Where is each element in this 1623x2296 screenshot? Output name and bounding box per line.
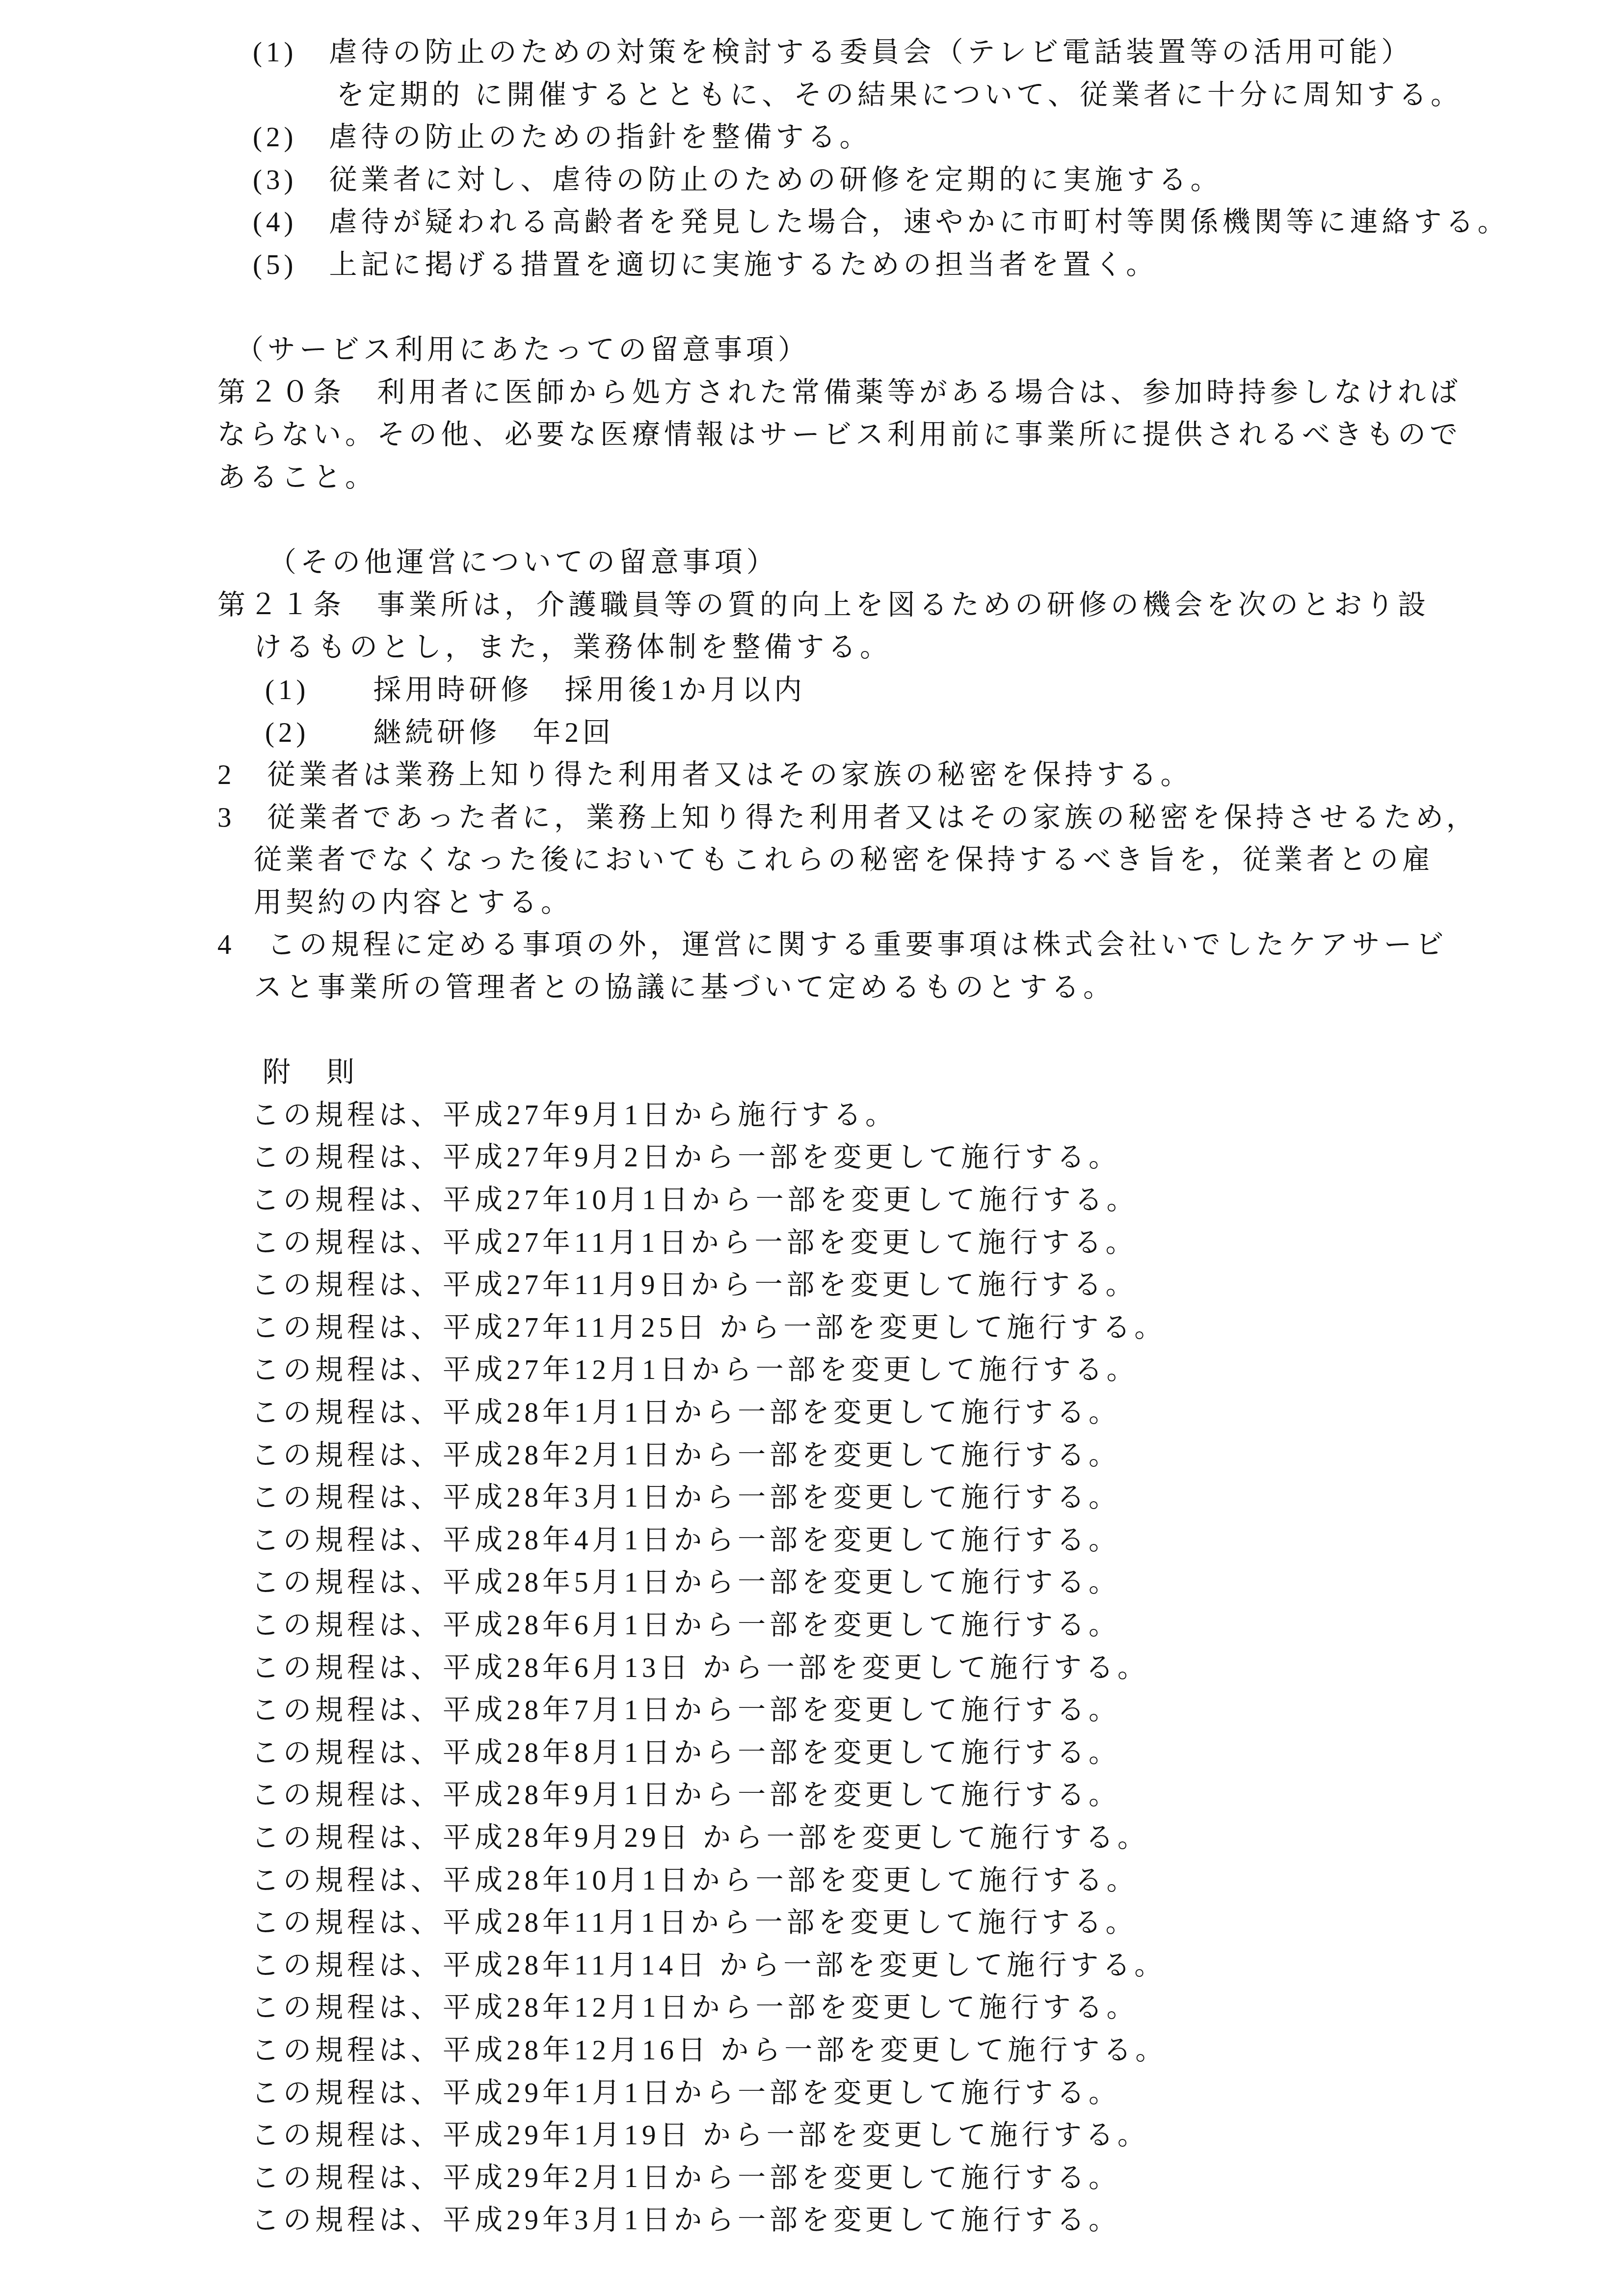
text-line: 用契約の内容とする。 bbox=[0, 882, 1623, 924]
text-line: この規程は、平成28年3月1日から一部を変更して施行する。 bbox=[0, 1477, 1623, 1519]
text-line: この規程は、平成27年9月2日から一部を変更して施行する。 bbox=[0, 1136, 1623, 1179]
text-line: この規程は、平成28年8月1日から一部を変更して施行する。 bbox=[0, 1732, 1623, 1775]
document-page: (1) 虐待の防止のための対策を検討する委員会（テレビ電話装置等の活用可能）を定… bbox=[0, 0, 1623, 2296]
text-line: (4) 虐待が疑われる高齢者を発見した場合，速やかに市町村等関係機関等に連絡する… bbox=[0, 201, 1623, 244]
text-line: この規程は、平成28年5月1日から一部を変更して施行する。 bbox=[0, 1562, 1623, 1604]
text-line: この規程は、平成28年9月1日から一部を変更して施行する。 bbox=[0, 1774, 1623, 1817]
text-line: この規程は、平成28年6月1日から一部を変更して施行する。 bbox=[0, 1604, 1623, 1647]
text-line: この規程は、平成27年12月1日から一部を変更して施行する。 bbox=[0, 1349, 1623, 1392]
text-line: この規程は、平成27年11月25日 から一部を変更して施行する。 bbox=[0, 1307, 1623, 1350]
supplementary-provisions: 附 則この規程は、平成27年9月1日から施行する。この規程は、平成27年9月2日… bbox=[0, 1052, 1623, 2242]
text-line: この規程は、平成27年11月1日から一部を変更して施行する。 bbox=[0, 1222, 1623, 1265]
text-line: この規程は、平成27年9月1日から施行する。 bbox=[0, 1094, 1623, 1137]
text-line: （サービス利用にあたっての留意事項） bbox=[0, 329, 1623, 372]
text-line: この規程は、平成28年2月1日から一部を変更して施行する。 bbox=[0, 1434, 1623, 1477]
text-line: 4 この規程に定める事項の外，運営に関する重要事項は株式会社いでしたケアサービ bbox=[0, 924, 1623, 967]
text-line: この規程は、平成28年9月29日 から一部を変更して施行する。 bbox=[0, 1817, 1623, 1860]
text-line: この規程は、平成28年6月13日 から一部を変更して施行する。 bbox=[0, 1647, 1623, 1690]
text-line: 2 従業者は業務上知り得た利用者又はその家族の秘密を保持する。 bbox=[0, 754, 1623, 797]
text-line: (1) 虐待の防止のための対策を検討する委員会（テレビ電話装置等の活用可能） bbox=[0, 31, 1623, 74]
text-line: この規程は、平成28年1月1日から一部を変更して施行する。 bbox=[0, 1392, 1623, 1434]
text-line: (3) 従業者に対し、虐待の防止のための研修を定期的に実施する。 bbox=[0, 159, 1623, 202]
text-line: けるものとし，また，業務体制を整備する。 bbox=[0, 626, 1623, 669]
text-line: を定期的 に開催するとともに、その結果について、従業者に十分に周知する。 bbox=[0, 74, 1623, 117]
text-line: (1) 採用時研修 採用後1か月以内 bbox=[0, 669, 1623, 712]
text-line: この規程は、平成28年7月1日から一部を変更して施行する。 bbox=[0, 1689, 1623, 1732]
text-line: スと事業所の管理者との協議に基づいて定めるものとする。 bbox=[0, 967, 1623, 1009]
text-line: この規程は、平成27年10月1日から一部を変更して施行する。 bbox=[0, 1179, 1623, 1222]
text-line: この規程は、平成29年3月1日から一部を変更して施行する。 bbox=[0, 2199, 1623, 2242]
text-line: (2) 虐待の防止のための指針を整備する。 bbox=[0, 116, 1623, 159]
abuse-prevention-measures-list: (1) 虐待の防止のための対策を検討する委員会（テレビ電話装置等の活用可能）を定… bbox=[0, 31, 1623, 287]
text-line: この規程は、平成29年1月19日 から一部を変更して施行する。 bbox=[0, 2114, 1623, 2157]
text-line: あること。 bbox=[0, 457, 1623, 499]
text-line: (2) 継続研修 年2回 bbox=[0, 712, 1623, 755]
text-line: 従業者でなくなった後においてもこれらの秘密を保持するべき旨を，従業者との雇 bbox=[0, 839, 1623, 882]
text-line: 第２０条 利用者に医師から処方された常備薬等がある場合は、参加時持参しなければ bbox=[0, 372, 1623, 414]
text-line: 第２１条 事業所は，介護職員等の質的向上を図るための研修の機会を次のとおり設 bbox=[0, 584, 1623, 627]
text-line: この規程は、平成28年11月14日 から一部を変更して施行する。 bbox=[0, 1945, 1623, 1987]
text-line: ならない。その他、必要な医療情報はサービス利用前に事業所に提供されるべきもので bbox=[0, 414, 1623, 457]
text-line: （その他運営についての留意事項） bbox=[0, 541, 1623, 584]
text-line: この規程は、平成29年2月1日から一部を変更して施行する。 bbox=[0, 2157, 1623, 2200]
text-line: この規程は、平成28年10月1日から一部を変更して施行する。 bbox=[0, 1860, 1623, 1902]
text-line: 附 則 bbox=[0, 1052, 1623, 1094]
text-line: この規程は、平成28年12月16日 から一部を変更して施行する。 bbox=[0, 2029, 1623, 2072]
article-20-service-use-notes: （サービス利用にあたっての留意事項）第２０条 利用者に医師から処方された常備薬等… bbox=[0, 329, 1623, 499]
text-line: (5) 上記に掲げる措置を適切に実施するための担当者を置く。 bbox=[0, 244, 1623, 287]
text-line: この規程は、平成28年11月1日から一部を変更して施行する。 bbox=[0, 1902, 1623, 1945]
text-line: この規程は、平成27年11月9日から一部を変更して施行する。 bbox=[0, 1264, 1623, 1307]
text-line: この規程は、平成28年4月1日から一部を変更して施行する。 bbox=[0, 1519, 1623, 1562]
text-line: この規程は、平成28年12月1日から一部を変更して施行する。 bbox=[0, 1987, 1623, 2029]
article-21-other-operation-notes: （その他運営についての留意事項）第２１条 事業所は，介護職員等の質的向上を図るた… bbox=[0, 541, 1623, 1009]
text-line: 3 従業者であった者に，業務上知り得た利用者又はその家族の秘密を保持させるため， bbox=[0, 797, 1623, 839]
text-line: この規程は、平成29年1月1日から一部を変更して施行する。 bbox=[0, 2072, 1623, 2115]
